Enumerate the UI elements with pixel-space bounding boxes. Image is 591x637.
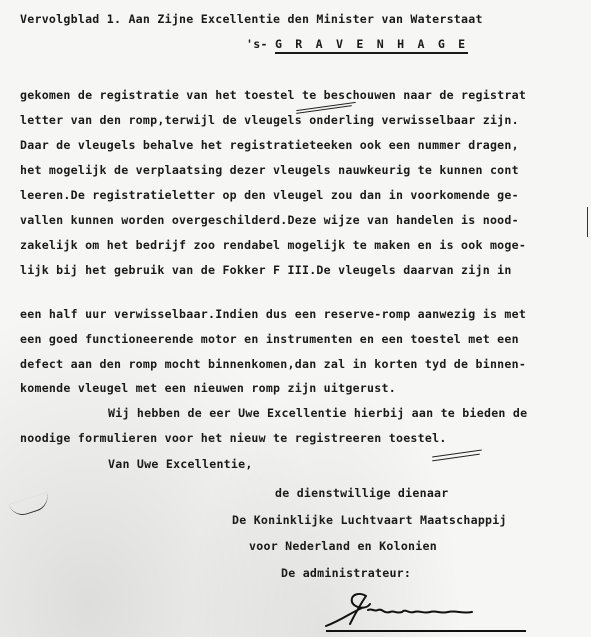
address-city: 's- G R A V E N H A G E	[246, 37, 468, 51]
signature-underline	[326, 630, 526, 632]
body-line: zakelijk om het bedrijf zoo rendabel mog…	[20, 238, 526, 252]
body-line: defect aan den romp mocht binnenkomen,da…	[20, 357, 526, 371]
closing-line: noodige formulieren voor het nieuw te re…	[20, 431, 447, 445]
city-prefix: 's-	[246, 37, 268, 51]
body-line: een half uur verwisselbaar.Indien dus ee…	[20, 307, 526, 321]
body-line: letter van den romp,terwijl de vleugels …	[20, 113, 519, 127]
body-line: leeren.De registratieletter op den vleug…	[20, 188, 519, 202]
body-line: vallen kunnen worden overgeschilderd.Dez…	[20, 213, 519, 227]
salutation: Van Uwe Excellentie,	[108, 457, 253, 471]
body-line: lijk bij het gebruik van de Fokker F III…	[20, 263, 512, 277]
body-line: gekomen de registratie van het toestel t…	[20, 88, 526, 102]
company-name: De Koninklijke Luchtvaart Maatschappij	[232, 513, 507, 527]
city-name: G R A V E N H A G E	[275, 37, 468, 54]
closing-line: Wij hebben de eer Uwe Excellentie hierbi…	[108, 406, 527, 420]
signatory-title: De administrateur:	[281, 566, 411, 580]
margin-bracket-mark	[587, 207, 588, 237]
handwritten-signature	[322, 590, 502, 630]
letter-header: Vervolgblad 1. Aan Zijne Excellentie den…	[20, 12, 483, 26]
handwritten-check-mark	[9, 492, 52, 519]
company-location: voor Nederland en Kolonien	[249, 539, 437, 553]
body-line: Daar de vleugels behalve het registratie…	[20, 138, 519, 152]
body-line: komende vleugel met een nieuwen romp zij…	[20, 381, 396, 395]
servant-line: de dienstwillige dienaar	[275, 486, 449, 500]
letter-page: Vervolgblad 1. Aan Zijne Excellentie den…	[0, 0, 591, 637]
body-line: een goed functioneerende motor en instru…	[20, 332, 519, 346]
body-line: het mogelijk de verplaatsing dezer vleug…	[20, 163, 519, 177]
